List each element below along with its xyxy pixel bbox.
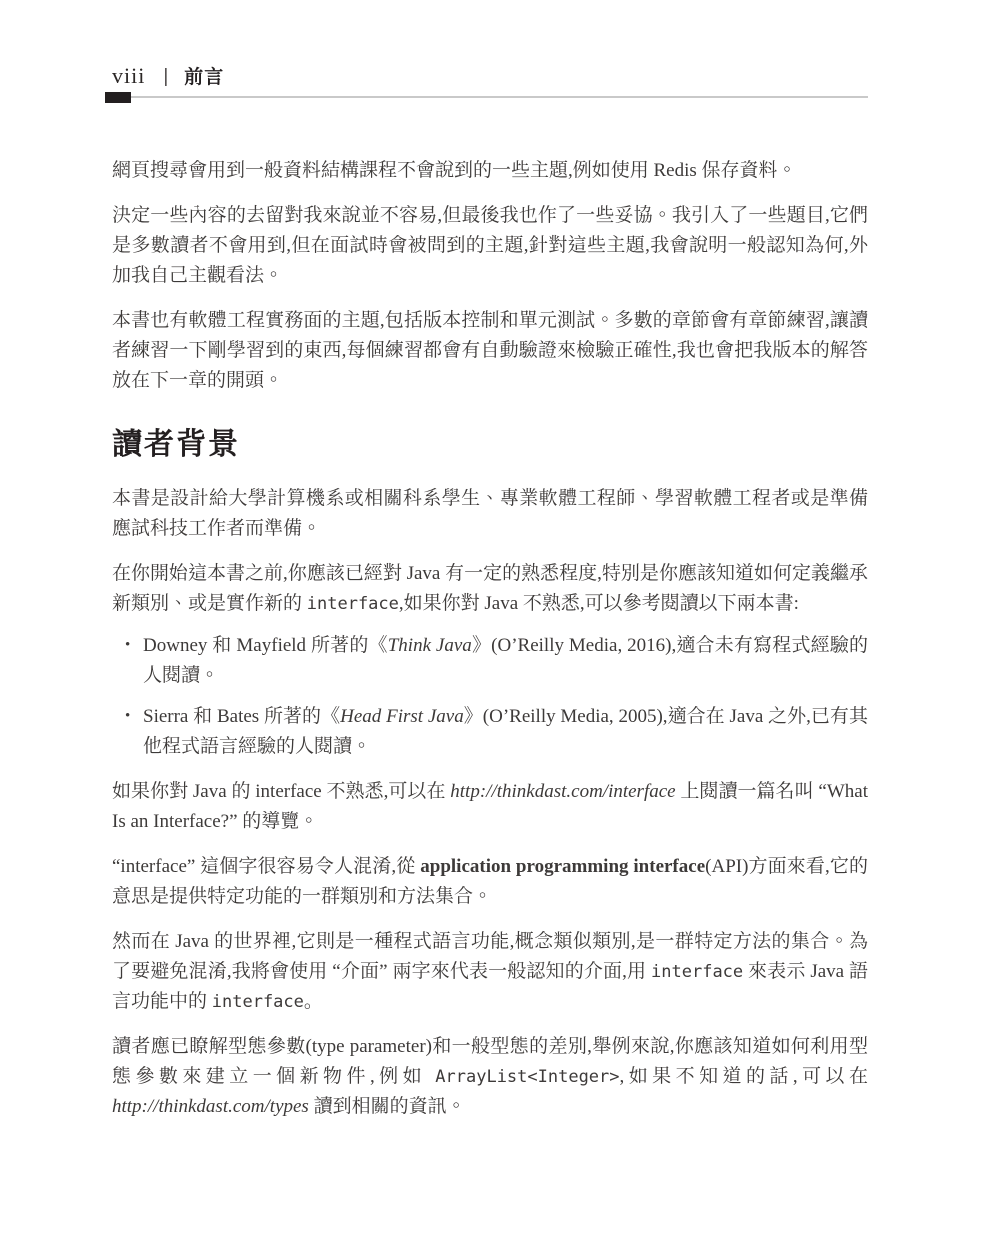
italic-run: http://thinkdast.com/types: [112, 1096, 309, 1117]
mono-run: interface: [212, 992, 304, 1012]
text-run: 本書是設計給大學計算機系或相關科系學生、專業軟體工程師、學習軟體工程者或是準備應…: [112, 488, 868, 539]
bullet-icon: •: [125, 701, 130, 731]
paragraph: 決定一些內容的去留對我來說並不容易,但最後我也作了一些妥協。我引入了一些題目,它…: [112, 201, 868, 291]
paragraph: 網頁搜尋會用到一般資料結構課程不會說到的一些主題,例如使用 Redis 保存資料…: [112, 156, 868, 186]
page-content-area: viii | 前言 網頁搜尋會用到一般資料結構課程不會說到的一些主題,例如使用 …: [0, 0, 1000, 1122]
page-content: 網頁搜尋會用到一般資料結構課程不會說到的一些主題,例如使用 Redis 保存資料…: [112, 156, 868, 1122]
paragraph: “interface” 這個字很容易令人混淆,從 application pro…: [112, 852, 868, 912]
mono-run: interface: [651, 962, 743, 982]
bold-run: application programming interface: [420, 856, 705, 877]
mono-run: interface: [307, 594, 399, 614]
chapter-title: 前言: [184, 67, 224, 88]
bullet-list: •Downey 和 Mayfield 所著的《Think Java》(O’Rei…: [112, 631, 868, 762]
bullet-icon: •: [125, 630, 130, 660]
text-run: 如果你對 Java 的 interface 不熟悉,可以在: [112, 781, 450, 802]
mono-run: ArrayList<Integer>: [435, 1067, 619, 1087]
book-page: viii | 前言 網頁搜尋會用到一般資料結構課程不會說到的一些主題,例如使用 …: [0, 0, 1000, 1243]
text-run: 。: [304, 991, 323, 1012]
text-run: “interface” 這個字很容易令人混淆,從: [112, 856, 420, 877]
list-item: •Sierra 和 Bates 所著的《Head First Java》(O’R…: [112, 702, 868, 762]
running-head: viii | 前言: [112, 62, 868, 98]
page-number: viii: [112, 63, 145, 88]
text-run: 決定一些內容的去留對我來說並不容易,但最後我也作了一些妥協。我引入了一些題目,它…: [112, 205, 868, 286]
italic-run: Head First Java: [340, 706, 464, 727]
list-item: •Downey 和 Mayfield 所著的《Think Java》(O’Rei…: [112, 631, 868, 691]
text-run: ,如果你對 Java 不熟悉,可以參考閱讀以下兩本書:: [399, 593, 799, 614]
text-run: Sierra 和 Bates 所著的《: [143, 706, 340, 727]
list-item-text: Sierra 和 Bates 所著的《Head First Java》(O’Re…: [143, 706, 868, 757]
paragraph: 然而在 Java 的世界裡,它則是一種程式語言功能,概念類似類別,是一群特定方法…: [112, 927, 868, 1017]
header-separator: |: [163, 66, 168, 88]
list-item-text: Downey 和 Mayfield 所著的《Think Java》(O’Reil…: [143, 635, 868, 686]
paragraph: 如果你對 Java 的 interface 不熟悉,可以在 http://thi…: [112, 777, 868, 837]
paragraph: 本書是設計給大學計算機系或相關科系學生、專業軟體工程師、學習軟體工程者或是準備應…: [112, 484, 868, 544]
text-run: ,如果不知道的話,可以在: [620, 1066, 868, 1087]
paragraph: 在你開始這本書之前,你應該已經對 Java 有一定的熟悉程度,特別是你應該知道如…: [112, 559, 868, 619]
italic-run: Think Java: [388, 635, 472, 656]
text-run: 本書也有軟體工程實務面的主題,包括版本控制和單元測試。多數的章節會有章節練習,讓…: [112, 310, 868, 391]
paragraph: 讀者應已瞭解型態參數(type parameter)和一般型態的差別,舉例來說,…: [112, 1032, 868, 1122]
text-run: 讀到相關的資訊。: [309, 1096, 466, 1117]
section-heading: 讀者背景: [112, 427, 868, 463]
text-run: 網頁搜尋會用到一般資料結構課程不會說到的一些主題,例如使用 Redis 保存資料…: [112, 160, 797, 181]
text-run: Downey 和 Mayfield 所著的《: [143, 635, 388, 656]
paragraph: 本書也有軟體工程實務面的主題,包括版本控制和單元測試。多數的章節會有章節練習,讓…: [112, 306, 868, 396]
corner-tab-square: [105, 92, 131, 103]
italic-run: http://thinkdast.com/interface: [450, 781, 675, 802]
